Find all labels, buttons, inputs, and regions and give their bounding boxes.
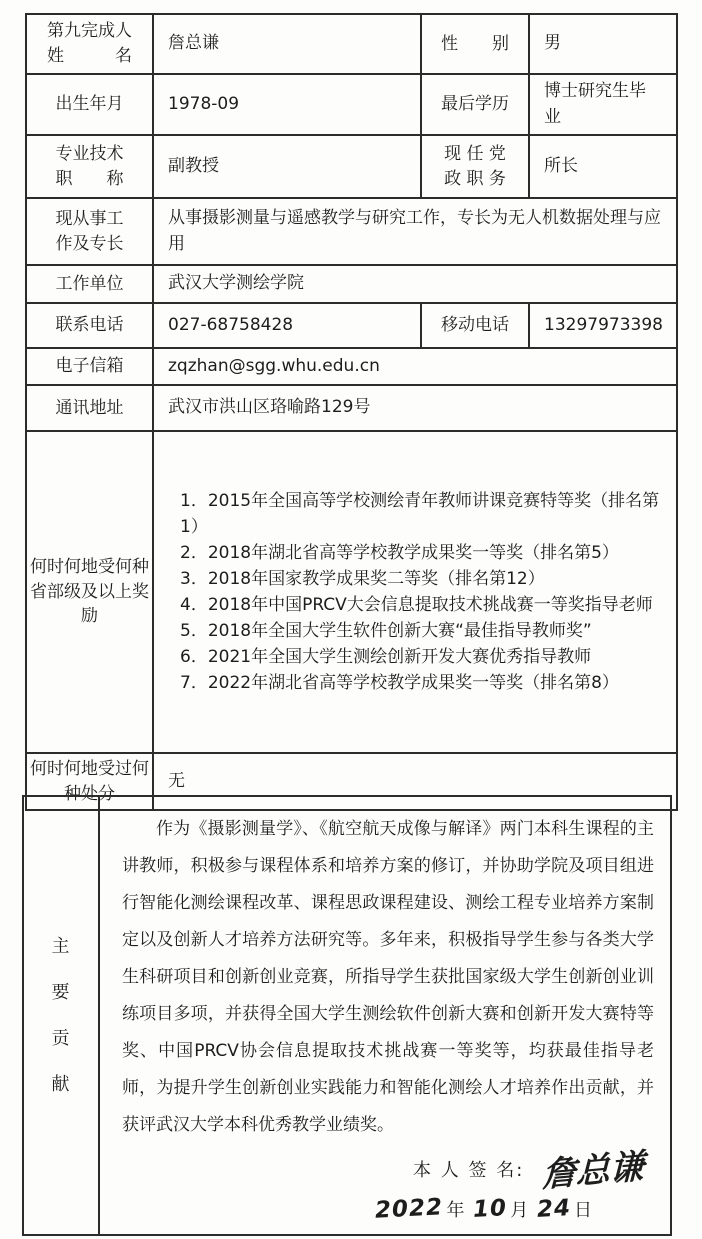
mobile-label: 移动电话 <box>421 303 529 348</box>
list-item: 4．2018年中国PRCV大会信息提取技术挑战赛一等奖指导老师 <box>180 592 668 618</box>
mobile-value: 13297973398 <box>529 303 677 348</box>
gender-value: 男 <box>529 14 677 74</box>
main-contribution-text: 作为《摄影测量学》、《航空航天成像与解译》两门本科生课程的主讲教师，积极参与课程… <box>122 811 654 1144</box>
row-employer: 工作单位 武汉大学测绘学院 <box>26 265 677 303</box>
main-contribution-body: 作为《摄影测量学》、《航空航天成像与解译》两门本科生课程的主讲教师，积极参与课程… <box>99 796 671 1235</box>
list-item: 5．2018年全国大学生软件创新大赛“最佳指导教师奖” <box>180 618 668 644</box>
signature-line: 本 人 签 名: 詹总谦 <box>122 1148 654 1194</box>
list-item: 6．2021年全国大学生测绘创新开发大赛优秀指导教师 <box>180 644 668 670</box>
row-phone: 联系电话 027-68758428 移动电话 13297973398 <box>26 303 677 348</box>
month-unit: 月 <box>510 1200 528 1221</box>
list-item: 3．2018年国家教学成果奖二等奖（排名第12） <box>180 566 668 592</box>
handwritten-signature: 詹总谦 <box>542 1144 644 1199</box>
day-unit: 日 <box>574 1200 592 1221</box>
main-contribution-table: 主 要 贡 献 作为《摄影测量学》、《航空航天成像与解译》两门本科生课程的主讲教… <box>22 795 672 1236</box>
current-work-value: 从事摄影测量与遥感教学与研究工作，专长为无人机数据处理与应用 <box>153 198 677 265</box>
awards-label: 何时何地受何种 省部级及以上奖 励 <box>26 431 153 753</box>
row-name: 第九完成人 姓 名 詹总谦 性 别 男 <box>26 14 677 74</box>
list-item: 7．2022年湖北省高等学校教学成果奖一等奖（排名第8） <box>180 670 668 696</box>
professional-title-label: 专业技术 职 称 <box>26 135 153 198</box>
signature-date-line: 2022年 10月 24日 <box>122 1194 654 1228</box>
email-label: 电子信箱 <box>26 348 153 385</box>
list-item: 2．2018年湖北省高等学校教学成果奖一等奖（排名第5） <box>180 540 668 566</box>
email-value: zqzhan@sgg.whu.edu.cn <box>153 348 677 385</box>
row-address: 通讯地址 武汉市洪山区珞喻路129号 <box>26 385 677 431</box>
employer-value: 武汉大学测绘学院 <box>153 265 677 303</box>
name-label: 第九完成人 姓 名 <box>26 14 153 74</box>
current-post-value: 所长 <box>529 135 677 198</box>
current-work-label: 现从事工 作及专长 <box>26 198 153 265</box>
handwritten-month: 10 <box>472 1194 508 1226</box>
row-main-contribution: 主 要 贡 献 作为《摄影测量学》、《航空航天成像与解译》两门本科生课程的主讲教… <box>23 796 671 1235</box>
birth-date-label: 出生年月 <box>26 74 153 135</box>
gender-label: 性 别 <box>421 14 529 74</box>
row-email: 电子信箱 zqzhan@sgg.whu.edu.cn <box>26 348 677 385</box>
row-awards: 何时何地受何种 省部级及以上奖 励 1．2015年全国高等学校测绘青年教师讲课竞… <box>26 431 677 753</box>
list-item: 1．2015年全国高等学校测绘青年教师讲课竞赛特等奖（排名第1） <box>180 488 668 540</box>
row-professional-title: 专业技术 职 称 副教授 现 任 党 政 职 务 所长 <box>26 135 677 198</box>
awards-list: 1．2015年全国高等学校测绘青年教师讲课竞赛特等奖（排名第1）2．2018年湖… <box>153 431 677 753</box>
address-value: 武汉市洪山区珞喻路129号 <box>153 385 677 431</box>
row-current-work: 现从事工 作及专长 从事摄影测量与遥感教学与研究工作，专长为无人机数据处理与应用 <box>26 198 677 265</box>
birth-date-value: 1978-09 <box>153 74 421 135</box>
row-birth-date: 出生年月 1978-09 最后学历 博士研究生毕业 <box>26 74 677 135</box>
phone-value: 027-68758428 <box>153 303 421 348</box>
current-post-label: 现 任 党 政 职 务 <box>421 135 529 198</box>
main-contribution-label: 主 要 贡 献 <box>23 796 99 1235</box>
professional-title-value: 副教授 <box>153 135 421 198</box>
education-label: 最后学历 <box>421 74 529 135</box>
personal-info-table: 第九完成人 姓 名 詹总谦 性 别 男 出生年月 1978-09 最后学历 博士… <box>25 13 678 811</box>
year-unit: 年 <box>447 1200 465 1221</box>
education-value: 博士研究生毕业 <box>529 74 677 135</box>
scanned-form-page: 第九完成人 姓 名 詹总谦 性 别 男 出生年月 1978-09 最后学历 博士… <box>0 0 702 1239</box>
phone-label: 联系电话 <box>26 303 153 348</box>
address-label: 通讯地址 <box>26 385 153 431</box>
handwritten-year: 2022 <box>375 1193 444 1227</box>
signature-label: 本 人 签 名: <box>413 1160 524 1181</box>
handwritten-day: 24 <box>536 1194 572 1226</box>
employer-label: 工作单位 <box>26 265 153 303</box>
name-value: 詹总谦 <box>153 14 421 74</box>
